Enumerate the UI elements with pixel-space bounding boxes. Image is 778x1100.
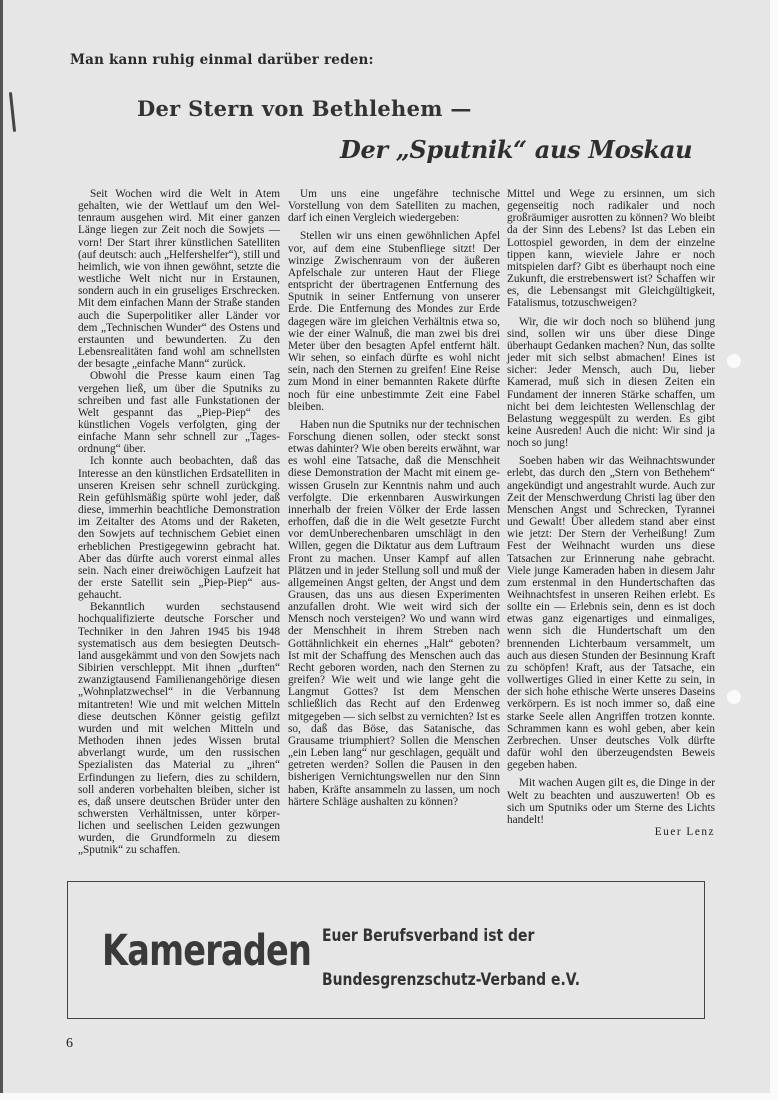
page-scan-edge-bottom xyxy=(0,1093,778,1100)
article-column-2: Um uns eine ungefähre technische Vorstel… xyxy=(288,188,500,808)
paragraph: Mit wachen Augen gilt es, die Dinge in d… xyxy=(507,777,715,826)
paragraph: Bekanntlich wurden sechstausend hochqual… xyxy=(78,601,280,856)
ad-text-line-1: Euer Berufsverband ist der xyxy=(322,926,534,946)
paragraph: Um uns eine ungefähre technische Vorstel… xyxy=(288,188,500,224)
paragraph: Soeben haben wir das Weihnachts­wunder e… xyxy=(507,455,715,771)
paragraph: Wir, die wir doch noch so blühend jung s… xyxy=(507,316,715,450)
article-column-3: Mittel und Wege zu ersinnen, um sich geg… xyxy=(507,188,715,838)
page-scan-edge-right xyxy=(770,0,778,1100)
article-column-1: Seit Wochen wird die Welt in Atem gehalt… xyxy=(78,188,280,857)
article-kicker: Man kann ruhig einmal darüber reden: xyxy=(70,52,374,68)
author-signature: Euer Lenz xyxy=(507,826,715,838)
page-scan-edge-left xyxy=(0,0,3,1100)
paragraph: Mittel und Wege zu ersinnen, um sich geg… xyxy=(507,188,715,310)
punch-hole xyxy=(727,690,741,704)
page-number: 6 xyxy=(66,1036,73,1052)
article-title: Der Stern von Bethlehem — xyxy=(137,96,472,121)
binding-mark xyxy=(9,92,16,132)
article-subtitle: Der „Sputnik“ aus Moskau xyxy=(340,135,692,164)
paragraph: Seit Wochen wird die Welt in Atem gehalt… xyxy=(78,188,280,370)
paragraph: Obwohl die Presse kaum einen Tag vergehe… xyxy=(78,370,280,455)
advertisement-box: Kameraden Euer Berufsverband ist der Bun… xyxy=(67,881,705,1019)
paragraph: Stellen wir uns einen gewöhnlichen Apfel… xyxy=(288,230,500,412)
paragraph: Haben nun die Sputniks nur der tech­nisc… xyxy=(288,419,500,808)
punch-hole xyxy=(727,354,741,368)
paragraph: Ich konnte auch beobachten, daß das Inte… xyxy=(78,455,280,601)
ad-headline: Kameraden xyxy=(102,926,311,976)
ad-text-line-2: Bundesgrenzschutz-Verband e.V. xyxy=(322,970,580,990)
